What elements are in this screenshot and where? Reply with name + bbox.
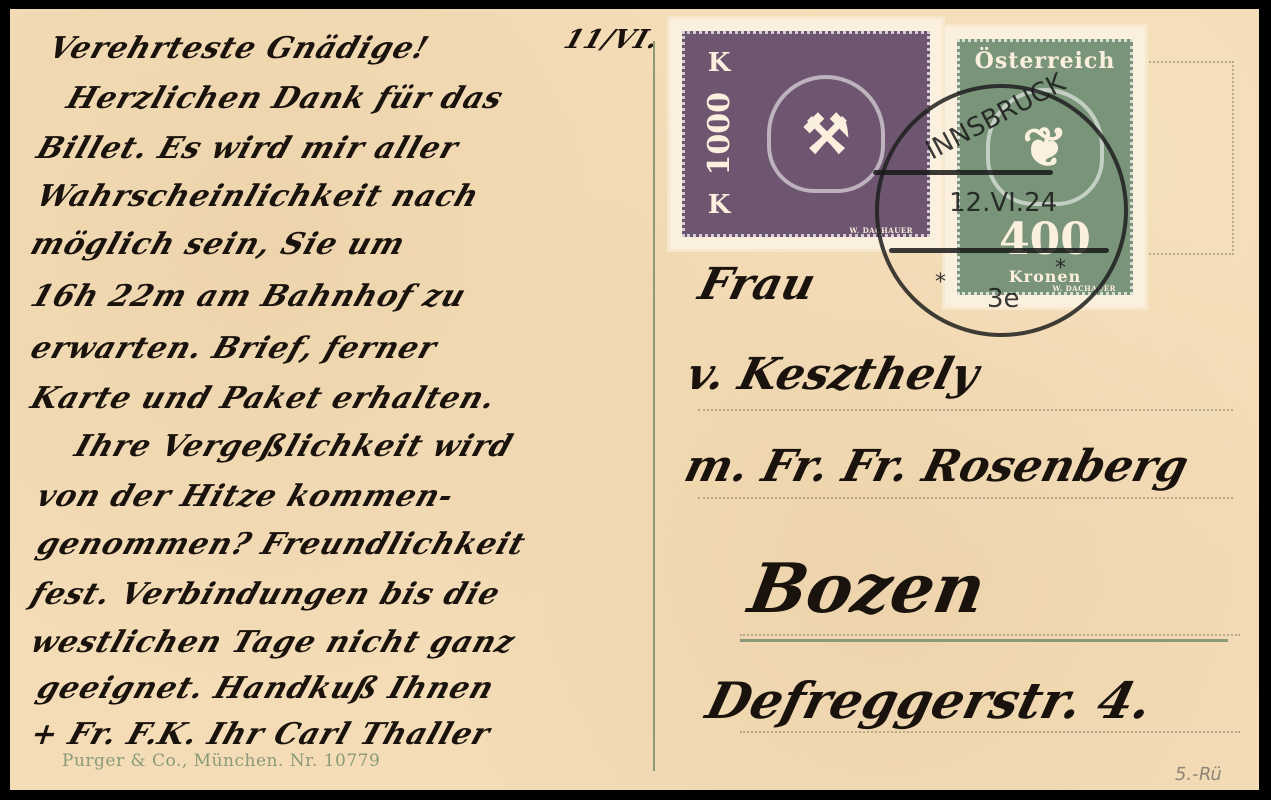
message-line: Billet. Es wird mir aller <box>32 131 463 166</box>
message-line: Karte und Paket erhalten. <box>26 381 500 416</box>
address-dotted-line <box>740 731 1240 733</box>
stamp-k-mark: K <box>708 190 731 220</box>
postmark-star: * <box>935 270 946 295</box>
message-line: Ihre Vergeßlichkeit wird <box>70 429 517 464</box>
address-dotted-line <box>740 634 1240 636</box>
message-line: von der Hitze kommen- <box>32 479 458 514</box>
postmark-date: 12.VI.24 <box>949 188 1057 218</box>
stamp-value-column: K 1000 K <box>701 48 737 220</box>
postmark-star: * <box>1055 256 1066 281</box>
message-date: 11/VI. <box>560 25 663 55</box>
address-care-of: m. Fr. Fr. Rosenberg <box>680 441 1194 492</box>
message-line: geeignet. Handkuß Ihnen <box>32 671 499 706</box>
postmark-bar <box>889 248 1109 253</box>
message-line: 16h 22m am Bahnhof zu <box>26 279 470 314</box>
postmark-bar <box>873 170 1053 175</box>
message-line: fest. Verbindungen bis die <box>26 577 505 612</box>
address-city: Bozen <box>743 549 991 629</box>
postmark-code: 3e <box>987 284 1020 314</box>
message-line: + Fr. F.K. Ihr Carl Thaller <box>26 717 495 752</box>
address-name: v. Keszthely <box>682 349 984 400</box>
postcard: Verehrteste Gnädige! 11/VI. Herzlichen D… <box>10 9 1259 790</box>
message-line: möglich sein, Sie um <box>26 227 410 262</box>
address-city-underline <box>740 639 1228 642</box>
stamp-box-outline <box>1142 61 1234 255</box>
address-dotted-line <box>698 497 1233 499</box>
postmark: INNSBRUCK 12.VI.24 * * 3e <box>875 84 1128 337</box>
pencil-price-note: 5.-Rü <box>1173 764 1223 785</box>
stamp-value: 1000 <box>702 92 737 176</box>
center-divider <box>653 41 655 771</box>
stamp-k-mark: K <box>708 48 731 78</box>
message-line: Wahrscheinlichkeit nach <box>32 179 484 214</box>
stamp-country: Österreich <box>975 48 1116 74</box>
message-line: westlichen Tage nicht ganz <box>26 625 519 660</box>
publisher-imprint: Purger & Co., München. Nr. 10779 <box>62 751 380 771</box>
address-dotted-line <box>698 409 1233 411</box>
message-line: Herzlichen Dank für das <box>62 81 508 116</box>
address-street: Defreggerstr. 4. <box>701 671 1159 730</box>
message-line: Verehrteste Gnädige! <box>44 31 433 66</box>
message-line: genommen? Freundlichkeit <box>32 527 530 562</box>
message-line: erwarten. Brief, ferner <box>26 331 441 366</box>
address-salutation: Frau <box>694 259 821 310</box>
hammer-and-tongs-icon: ⚒ <box>767 75 885 193</box>
